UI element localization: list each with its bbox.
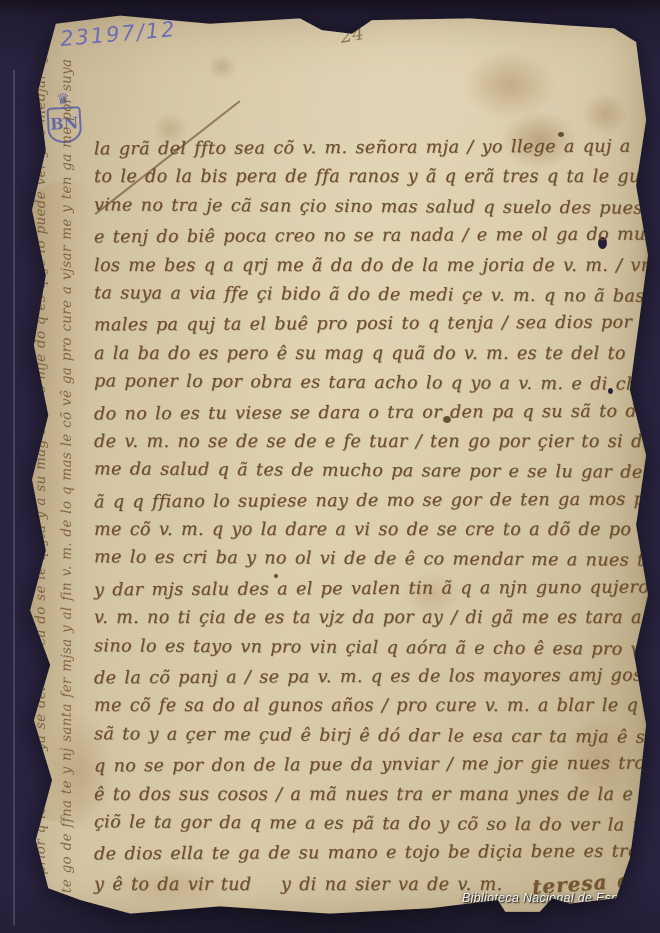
manuscript-line: do no lo es tu viese se dara o tra or de… xyxy=(94,397,646,429)
marginalia-line: el prior q lo bueno ya se del se a ca do… xyxy=(28,201,54,893)
stain xyxy=(582,92,628,136)
left-marginalia: el prior q lo bueno ya se del se a ca do… xyxy=(28,201,84,893)
paper-sheet: 23197/12 24 ♛ BN la grã del ffto sea cõ … xyxy=(22,12,648,920)
folio-mark: 24 xyxy=(338,22,366,48)
manuscript-line: e tenj do biê poca creo no se ra nada / … xyxy=(94,221,646,253)
photo-background: 23197/12 24 ♛ BN la grã del ffto sea cõ … xyxy=(0,0,660,933)
manuscript-line: q no se por don de la pue da ynviar / me… xyxy=(94,750,646,782)
manuscript-line: me cõ fe sa do al gunos años / pro cure … xyxy=(94,692,646,721)
manuscript-line: v. m. no ti çia de es ta vjz da por ay /… xyxy=(94,604,646,633)
manuscript-line: to le do la bis pera de ffa ranos y ã q … xyxy=(94,163,646,192)
manuscript-line: la grã del ffto sea cõ v. m. señora mja … xyxy=(94,133,646,165)
manuscript-line: de dios ella te ga de su mano e tojo be … xyxy=(94,838,646,870)
manuscript-page: 23197/12 24 ♛ BN la grã del ffto sea cõ … xyxy=(22,12,648,920)
manuscript-line: vine no tra je cã san çio sino mas salud… xyxy=(94,191,646,224)
manuscript-line: çiõ le ta gor da q me a es pã ta do y cõ… xyxy=(94,808,646,841)
manuscript-line: ta suya a via ffe çi bido ã do de medi ç… xyxy=(94,279,646,312)
manuscript-line: me da salud q ã tes de mucho pa sare por… xyxy=(94,456,646,489)
letter-body: la grã del ffto sea cõ v. m. señora mja … xyxy=(94,134,646,899)
manuscript-line: sino lo es tayo vn pro vin çial q aóra ã… xyxy=(94,632,646,665)
stain xyxy=(462,50,557,120)
manuscript-line: los me bes q a qrj me ã da do de la me j… xyxy=(94,252,646,281)
manuscript-line: de v. m. no se de se de e fe tuar / ten … xyxy=(94,428,646,457)
manuscript-line: pa poner lo por obra es tara acho lo q y… xyxy=(94,367,646,400)
manuscript-line: de la cõ panj a / se pa v. m. q es de lo… xyxy=(94,662,646,694)
manuscript-line: me cõ v. m. q yo la dare a vi so de se c… xyxy=(94,516,646,545)
manuscript-line: me lo es cri ba y no ol vi de de ê co me… xyxy=(94,544,646,577)
accession-number: 23197/12 xyxy=(59,17,177,51)
closing-left: y ê to da vir tud xyxy=(94,871,251,900)
manuscript-line: ê to dos sus cosos / a mã nues tra er ma… xyxy=(94,781,646,810)
manuscript-line: y dar mjs salu des a el pe valen tin ã q… xyxy=(94,573,646,605)
manuscript-line: a la ba do es pero ê su mag q quã do v. … xyxy=(94,340,646,369)
manuscript-line: males pa quj ta el buê pro posi to q ten… xyxy=(94,309,646,341)
manuscript-line: sã to y a çer me çud ê birj ê dó dar le … xyxy=(94,720,646,753)
marginalia-line: te go de ffna te y nj santa fer mjsa y a… xyxy=(54,201,80,893)
backing-board-edge xyxy=(13,70,15,925)
library-watermark: Biblioteca Nacional de España xyxy=(462,891,640,905)
manuscript-line: ã q q ffiano lo supiese nay de mo se gor… xyxy=(94,485,646,517)
stain xyxy=(207,54,237,80)
